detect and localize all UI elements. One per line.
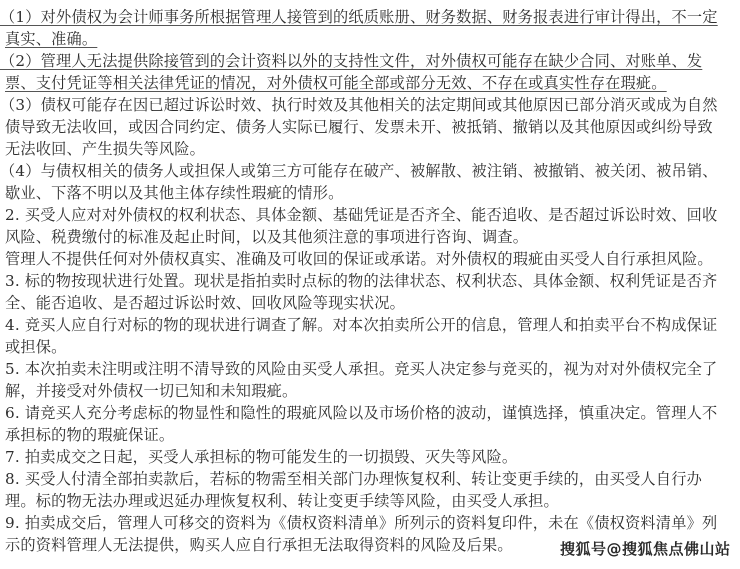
item-2-line-1: 2. 买受人应对对外债权的权利状态、具体金额、基础凭证是否齐全、能否追收、是否超… [5,204,717,226]
item-2-line-2: 风险、税费缴付的标准及起止时间，以及其他须注意的事项进行咨询、调查。 [5,226,528,248]
item-9-line-2: 示的资料管理人无法提供，购买人应自行承担无法取得资料的风险及后果。 [5,534,513,556]
clause-2-line-2: 票、支付凭证等相关法律凭证的情况，对外债权可能全部或部分无效、不存在或真实性存在… [5,72,667,94]
clause-4-line-1: （4）与债权相关的债务人或担保人或第三方可能存在破产、被解散、被注销、被撤销、被… [0,160,718,182]
item-7-line-1: 7. 拍卖成交之日起，买受人承担标的物可能发生的一切损毁、灭失等风险。 [5,446,517,468]
clause-1-line-2: 真实、准确。 [5,28,97,50]
clause-3-line-3: 无法收回、产生损失等风险。 [5,138,205,160]
item-4-line-1: 4. 竞买人应自行对标的物的现状进行调查了解。对本次拍卖所公开的信息，管理人和拍… [5,314,717,336]
item-9-line-1: 9. 拍卖成交后，管理人可移交的资料为《债权资料清单》所列示的资料复印件，未在《… [5,512,717,534]
clause-1-line-1: （1）对外债权为会计师事务所根据管理人接管到的纸质账册、财务数据、财务报表进行审… [0,6,718,28]
item-8-line-2: 理。标的物无法办理或迟延办理恢复权利、转让变更手续等风险，由买受人承担。 [5,490,559,512]
item-2-line-3: 管理人不提供任何对外债权真实、准确及可收回的保证或承诺。对外债权的瑕疵由买受人自… [5,248,713,270]
item-4-line-2: 或担保。 [5,336,67,358]
item-6-line-1: 6. 请竞买人充分考虑标的物显性和隐性的瑕疵风险以及市场价格的波动，谨慎选择，慎… [5,402,717,424]
clause-3-line-2: 债导致无法收回，或因合同约定、债务人实际已履行、发票未开、被抵销、撤销以及其他原… [5,116,713,138]
item-3-line-2: 全、能否追收、是否超过诉讼时效、回收风险等现实状况。 [5,292,405,314]
item-6-line-2: 承担标的物的瑕疵保证。 [5,424,174,446]
clause-2-line-1: （2）管理人无法提供除接管到的会计资料以外的支持性文件，对外债权可能存在缺少合同… [0,50,702,72]
item-3-line-1: 3. 标的物按现状进行处置。现状是指拍卖时点标的物的法律状态、权利状态、具体金额… [5,270,717,292]
item-5-line-1: 5. 本次拍卖未注明或注明不清导致的风险由买受人承担。竞买人决定参与竞买的，视为… [5,358,717,380]
item-8-line-1: 8. 买受人付清全部拍卖款后，若标的物需至相关部门办理恢复权利、转让变更手续的，… [5,468,702,490]
clause-4-line-2: 歇业、下落不明以及其他主体存续性瑕疵的情形。 [5,182,344,204]
item-5-line-2: 解，并接受对外债权一切已知和未知瑕疵。 [5,380,297,402]
clause-3-line-1: （3）债权可能存在因已超过诉讼时效、执行时效及其他相关的法定期间或其他原因已部分… [0,94,718,116]
source-watermark: 搜狐号@搜狐焦点佛山站 [560,538,731,559]
